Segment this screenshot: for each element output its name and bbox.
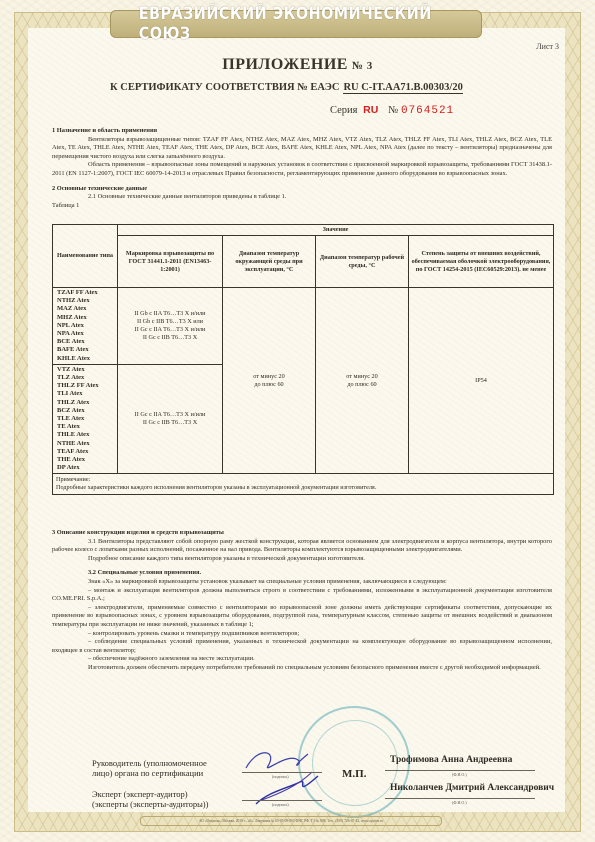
table-row: TZAF FF AtexNTHZ AtexMAZ AtexMHZ AtexNPL… bbox=[53, 288, 554, 365]
section-3: 3 Описание конструкции изделия и средств… bbox=[52, 529, 552, 673]
series-line: Серия RU№ 0764521 bbox=[330, 104, 454, 117]
fan-type: TLI Atex bbox=[57, 390, 115, 398]
section-3-2-heading: 3.2 Специальные условия применения. bbox=[52, 569, 552, 578]
section-3-2-intro: Знак «Х» за маркировкой взрывозащиты уст… bbox=[52, 578, 552, 587]
series-label: Серия bbox=[330, 105, 358, 116]
fan-type: MHZ Atex bbox=[57, 314, 115, 322]
head-label-line-1: Руководитель (уполномоченное bbox=[92, 758, 207, 768]
union-banner: ЕВРАЗИЙСКИЙ ЭКОНОМИЧЕСКИЙ СОЮЗ bbox=[110, 10, 482, 38]
fan-type: TLZ Atex bbox=[57, 374, 115, 382]
cert-label: К СЕРТИФИКАТУ СООТВЕТСТВИЯ № ЕАЭС bbox=[110, 82, 339, 93]
marking-line: II Gc c IIA T6…T3 X и/или bbox=[120, 326, 220, 334]
series-no-label: № bbox=[388, 105, 398, 116]
fan-type: KHLE Atex bbox=[57, 355, 115, 363]
condition-item: – монтаж и эксплуатация вентиляторов дол… bbox=[52, 587, 552, 604]
head-name: Трофимова Анна Андреевна bbox=[390, 755, 512, 765]
title-text: ПРИЛОЖЕНИЕ bbox=[222, 56, 348, 73]
technical-data-table: Наименование типа Значение Маркировка вз… bbox=[52, 224, 554, 495]
range-line: до плюс 60 bbox=[318, 381, 406, 389]
section-3-heading: 3 Описание конструкции изделия и средств… bbox=[52, 529, 552, 538]
header-type: Наименование типа bbox=[53, 225, 118, 288]
fan-type: TEAF Atex bbox=[57, 448, 115, 456]
head-name-line bbox=[385, 770, 535, 771]
fan-type: DP Atex bbox=[57, 464, 115, 472]
note-label: Примечание: bbox=[56, 476, 550, 484]
section-3-paragraph-2: Подробное описание каждого типа вентилят… bbox=[52, 555, 552, 564]
certificate-page: ЕВРАЗИЙСКИЙ ЭКОНОМИЧЕСКИЙ СОЮЗ Лист 3 ПР… bbox=[0, 0, 595, 842]
group-2-marking: II Gc c IIA T6…T3 X и/илиII Gc c IIB T6…… bbox=[118, 364, 223, 474]
name-caption: (Ф.И.О.) bbox=[452, 800, 467, 805]
working-range: от минус 20до плюс 60 bbox=[316, 288, 409, 474]
fan-type: NTHZ Atex bbox=[57, 297, 115, 305]
header-ambient-temp: Диапазон температур окружающей среды при… bbox=[223, 236, 316, 288]
fan-type: VTZ Atex bbox=[57, 366, 115, 374]
section-3-paragraph-1: 3.1 Вентиляторы представляют собой опорн… bbox=[52, 538, 552, 555]
section-1-paragraph-1: Вентиляторы взрывозащищенные типов: TZAF… bbox=[52, 136, 552, 162]
marking-line: II Gc c IIB T6…T3 X bbox=[120, 334, 220, 342]
table-note: Примечание: Подробные характеристики каж… bbox=[53, 474, 554, 495]
fan-type: NPL Atex bbox=[57, 322, 115, 330]
ambient-range: от минус 20до плюс 60 bbox=[223, 288, 316, 474]
sheet-number: Лист 3 bbox=[536, 42, 559, 51]
section-1-paragraph-2: Область применения – взрывоопасные зоны … bbox=[52, 161, 552, 178]
expert-label: Эксперт (эксперт-аудитор) (эксперты (экс… bbox=[92, 789, 208, 809]
fan-type: BCZ Atex bbox=[57, 407, 115, 415]
note-text: Подробные характеристики каждого исполне… bbox=[56, 484, 550, 492]
condition-item: – контролировать уровень смазки и темпер… bbox=[52, 630, 552, 639]
fan-type: TE Atex bbox=[57, 423, 115, 431]
series-number: 0764521 bbox=[401, 105, 454, 117]
union-banner-text: ЕВРАЗИЙСКИЙ ЭКОНОМИЧЕСКИЙ СОЮЗ bbox=[139, 4, 454, 44]
head-label: Руководитель (уполномоченное лицо) орган… bbox=[92, 758, 207, 778]
fan-type: NPA Atex bbox=[57, 330, 115, 338]
fan-type: BCE Atex bbox=[57, 338, 115, 346]
section-2-paragraph-1: 2.1 Основные технические данные вентилят… bbox=[52, 193, 552, 202]
condition-item: – соблюдение специальных условий примене… bbox=[52, 638, 552, 655]
appendix-number: № 3 bbox=[352, 60, 373, 72]
expert-name-line bbox=[385, 798, 535, 799]
fan-type: THLE Atex bbox=[57, 431, 115, 439]
condition-item: – электродвигатели, применяемые совместн… bbox=[52, 604, 552, 630]
marking-line: II Gc c IIA T6…T3 X и/или bbox=[120, 411, 220, 419]
series-code: RU bbox=[363, 104, 378, 116]
group-1-marking: II Gb c IIA T6…T3 X и/илиII Gb c IIB T6…… bbox=[118, 288, 223, 365]
range-line: до плюс 60 bbox=[225, 381, 313, 389]
range-line: от минус 20 bbox=[225, 373, 313, 381]
group-2-types: VTZ AtexTLZ AtexTHLZ FF AtexTLI AtexTHLZ… bbox=[53, 364, 118, 474]
head-label-line-2: лицо) органа по сертификации bbox=[92, 768, 207, 778]
fan-type: TZAF FF Atex bbox=[57, 289, 115, 297]
section-1-heading: 1 Назначение и область применения bbox=[52, 127, 552, 136]
expert-name: Николанчев Дмитрий Александрович bbox=[390, 783, 554, 793]
marking-line: II Gb c IIA T6…T3 X и/или bbox=[120, 310, 220, 318]
expert-signature-line bbox=[242, 800, 322, 801]
header-value-group: Значение bbox=[118, 225, 554, 236]
section-2-heading: 2 Основные технические данные bbox=[52, 185, 552, 194]
fan-type: TLE Atex bbox=[57, 415, 115, 423]
marking-line: II Gb c IIB T6…T3 X или bbox=[120, 318, 220, 326]
head-signature-line bbox=[242, 772, 322, 773]
fan-type: NTHE Atex bbox=[57, 440, 115, 448]
section-1: 1 Назначение и область применения Вентил… bbox=[52, 127, 552, 210]
group-1-types: TZAF FF AtexNTHZ AtexMAZ AtexMHZ AtexNPL… bbox=[53, 288, 118, 365]
header-ip-rating: Степень защиты от внешних воздействий, о… bbox=[409, 236, 554, 288]
condition-item: – обеспечение надёжного заземления на ме… bbox=[52, 655, 552, 664]
printer-imprint: АО «Опцион», Москва, 2019 г., «Б». Лицен… bbox=[140, 816, 442, 826]
signature-caption: (подпись) bbox=[272, 802, 289, 807]
header-marking: Маркировка взрывозащиты по ГОСТ 31441.1-… bbox=[118, 236, 223, 288]
cert-number: RU C-IT.АА71.В.00303/20 bbox=[343, 82, 462, 94]
fan-type: MAZ Atex bbox=[57, 305, 115, 313]
header-working-temp: Диапазон температур рабочей среды, °С bbox=[316, 236, 409, 288]
name-caption: (Ф.И.О.) bbox=[452, 772, 467, 777]
expert-label-line-2: (эксперты (эксперты-аудиторы)) bbox=[92, 799, 208, 809]
table-caption: Таблица 1 bbox=[52, 202, 552, 211]
signature-caption: (подпись) bbox=[272, 774, 289, 779]
section-3-2-closing: Изготовитель должен обеспечить передачу … bbox=[52, 664, 552, 673]
seal-label: М.П. bbox=[342, 768, 366, 780]
fan-type: THE Atex bbox=[57, 456, 115, 464]
marking-line: II Gc c IIB T6…T3 X bbox=[120, 419, 220, 427]
page-title: ПРИЛОЖЕНИЕ№ 3 bbox=[0, 56, 595, 74]
expert-label-line-1: Эксперт (эксперт-аудитор) bbox=[92, 789, 208, 799]
ip-rating: IP54 bbox=[409, 288, 554, 474]
fan-type: THLZ Atex bbox=[57, 399, 115, 407]
fan-type: THLZ FF Atex bbox=[57, 382, 115, 390]
range-line: от минус 20 bbox=[318, 373, 406, 381]
certificate-reference: К СЕРТИФИКАТУ СООТВЕТСТВИЯ № ЕАЭСRU C-IT… bbox=[110, 82, 463, 93]
fan-type: BAFE Atex bbox=[57, 346, 115, 354]
